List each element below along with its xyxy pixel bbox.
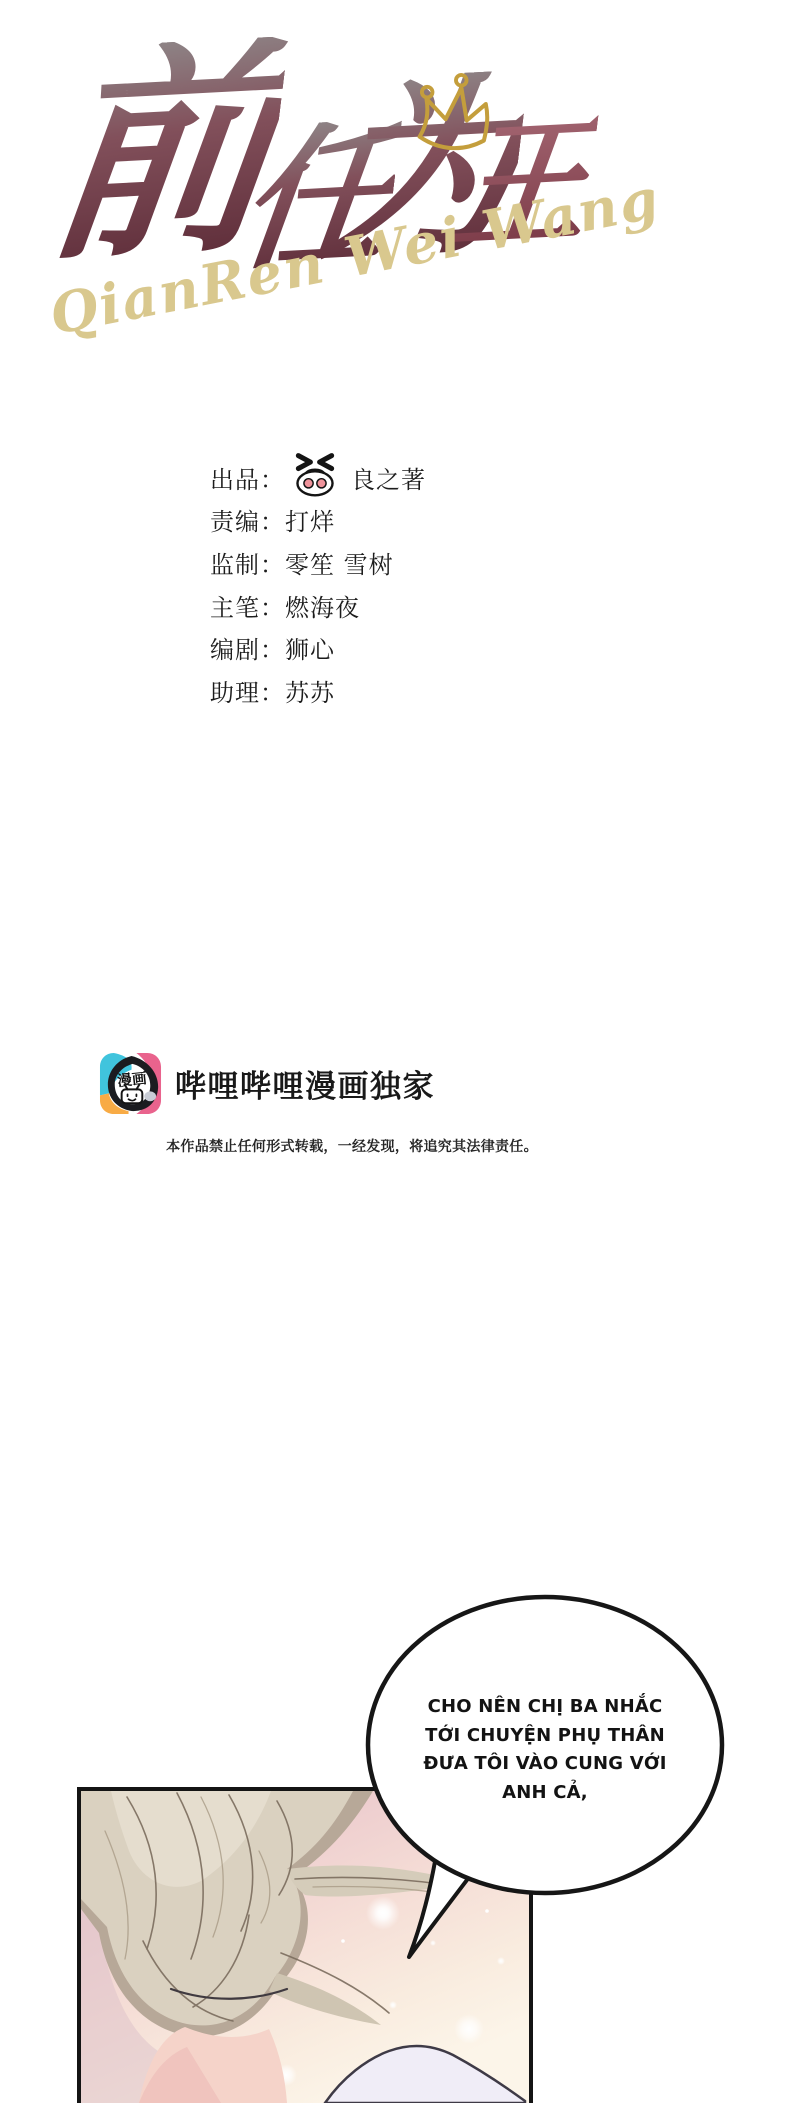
pig-logo-icon (287, 451, 343, 499)
credit-value: 燃海夜 (285, 588, 360, 623)
copyright-disclaimer: 本作品禁止任何形式转载，一经发现，将追究其法律责任。 (166, 1136, 538, 1156)
bubble-line: ĐƯA TÔI VÀO CUNG VỚI (395, 1750, 695, 1779)
credit-label: 编剧： (210, 630, 285, 665)
credits-list: 出品： 良之著 责编： 打烊 监制： 零笙 雪树 主笔： 燃海夜 编剧： 狮心 … (210, 456, 426, 712)
publisher-row: 漫画 哔哩哔哩漫画独家 (99, 1052, 435, 1115)
credit-row-lead-artist: 主笔： 燃海夜 (210, 584, 426, 627)
bubble-line: CHO NÊN CHỊ BA NHẮC (395, 1693, 695, 1722)
credit-label: 责编： (210, 502, 285, 537)
credit-value: 打烊 (285, 502, 335, 537)
credit-label: 主笔： (210, 588, 285, 623)
credit-label: 出品： (210, 460, 285, 495)
credit-value: 苏苏 (285, 673, 335, 708)
credit-row-scriptwriter: 编剧： 狮心 (210, 626, 426, 669)
bilibili-manga-icon: 漫画 (99, 1052, 162, 1115)
credit-row-assistant: 助理： 苏苏 (210, 669, 426, 712)
bubble-line: ANH CẢ, (395, 1779, 695, 1808)
credit-value: 狮心 (285, 630, 335, 665)
crown-icon (399, 65, 504, 167)
credit-label: 助理： (210, 673, 285, 708)
publisher-exclusive-text: 哔哩哔哩漫画独家 (175, 1061, 435, 1106)
credit-row-producer: 出品： 良之著 (210, 456, 426, 499)
credit-row-editor: 责编： 打烊 (210, 499, 426, 542)
credit-value: 良之著 (351, 460, 426, 495)
credit-label: 监制： (210, 545, 285, 580)
bili-icon-label: 漫画 (116, 1069, 147, 1090)
credit-value: 零笙 雪树 (285, 545, 394, 580)
bubble-line: TỚI CHUYỆN PHỤ THÂN (395, 1722, 695, 1751)
credit-row-supervisor: 监制： 零笙 雪树 (210, 541, 426, 584)
speech-bubble-text: CHO NÊN CHỊ BA NHẮC TỚI CHUYỆN PHỤ THÂN … (395, 1693, 695, 1807)
